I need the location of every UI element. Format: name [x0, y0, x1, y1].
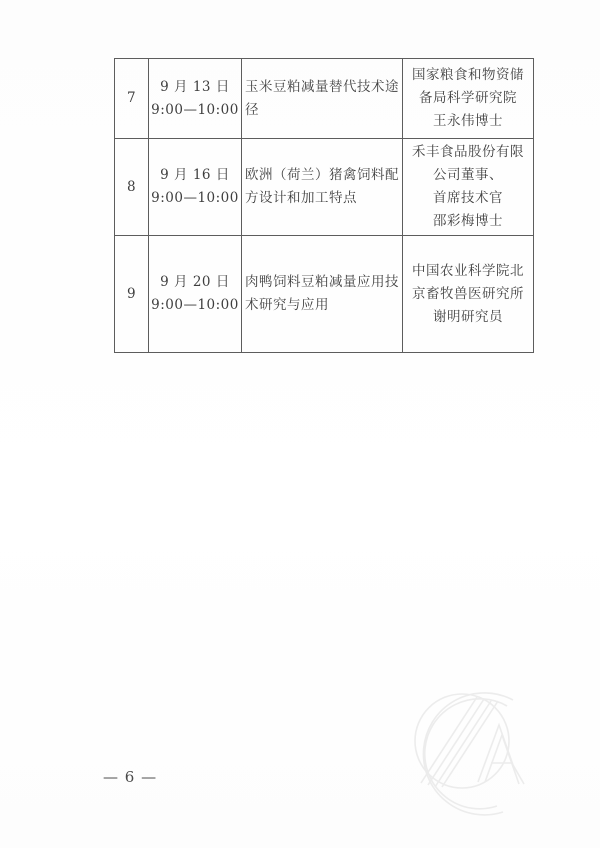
session-topic: 玉米豆粕减量替代技术途 径	[242, 59, 403, 139]
table-row: 7 9 月 13 日 9:00—10:00 玉米豆粕减量替代技术途 径 国家粮食…	[115, 59, 534, 139]
schedule-table: 7 9 月 13 日 9:00—10:00 玉米豆粕减量替代技术途 径 国家粮食…	[114, 58, 534, 353]
session-datetime: 9 月 16 日 9:00—10:00	[149, 139, 242, 236]
association-logo-watermark-icon	[385, 683, 600, 848]
scanned-page: 7 9 月 13 日 9:00—10:00 玉米豆粕减量替代技术途 径 国家粮食…	[0, 0, 600, 848]
table-row: 8 9 月 16 日 9:00—10:00 欧洲（荷兰）猪禽饲料配 方设计和加工…	[115, 139, 534, 236]
page-number: — 6 —	[103, 768, 157, 786]
row-number: 7	[115, 59, 149, 139]
session-speaker: 国家粮食和物资储 备局科学研究院 王永伟博士	[403, 59, 534, 139]
row-number: 9	[115, 236, 149, 353]
session-datetime: 9 月 20 日 9:00—10:00	[149, 236, 242, 353]
session-datetime: 9 月 13 日 9:00—10:00	[149, 59, 242, 139]
table-row: 9 9 月 20 日 9:00—10:00 肉鸭饲料豆粕减量应用技 术研究与应用…	[115, 236, 534, 353]
session-speaker: 中国农业科学院北 京畜牧兽医研究所 谢明研究员	[403, 236, 534, 353]
row-number: 8	[115, 139, 149, 236]
session-speaker: 禾丰食品股份有限 公司董事、 首席技术官 邵彩梅博士	[403, 139, 534, 236]
session-topic: 肉鸭饲料豆粕减量应用技 术研究与应用	[242, 236, 403, 353]
session-topic: 欧洲（荷兰）猪禽饲料配 方设计和加工特点	[242, 139, 403, 236]
